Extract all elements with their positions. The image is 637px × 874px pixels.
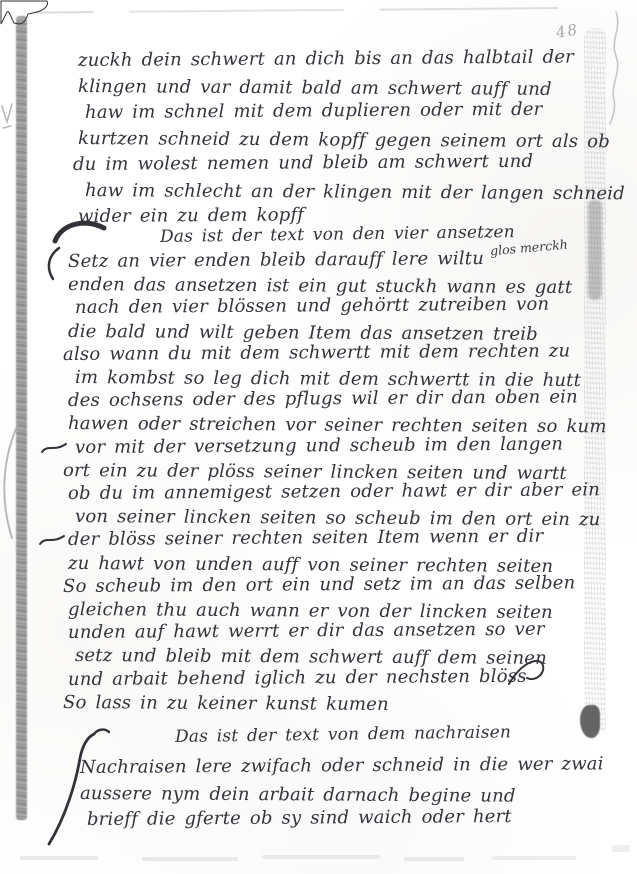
section-heading-text: Das ist der text von den vier ansetzen <box>160 222 515 247</box>
manuscript-line: zuckh dein schwert an dich bis an das ha… <box>78 44 625 74</box>
ansetzen-heading: Das ist der text von den vier ansetzengl… <box>160 227 515 247</box>
manuscript-line: Nachraisen lere zwifach oder schneid in … <box>80 751 604 781</box>
manuscript-line: des ochsens oder des pflugs wil er dir d… <box>68 385 607 412</box>
manuscript-line: brieff die gferte ob sy sind waich oder … <box>87 803 604 833</box>
manuscript-line: So scheub im den ort ein und setz im an … <box>63 571 607 598</box>
manuscript-line: ob du im annemigest setzen oder hawt er … <box>68 478 607 505</box>
manuscript-line: nach den vier blössen und gehörtt zutrei… <box>75 293 607 320</box>
manuscript-line: unden auf hawt werrt er dir das ansetzen… <box>68 617 607 644</box>
manuscript-line: der blöss seiner rechten seiten Item wen… <box>68 525 607 552</box>
manuscript-line: So lass in zu keiner kunst kumen <box>63 691 607 718</box>
bottom-edge-smudge <box>262 855 380 859</box>
bottom-edge-smudge <box>404 857 464 861</box>
bottom-edge-smudge <box>20 856 98 860</box>
manuscript-line: also wann du mit dem schwertt mit dem re… <box>63 339 607 366</box>
section-heading-text: Das ist der text von dem nachraisen <box>175 722 511 747</box>
text-column: zuckh dein schwert an dich bis an das ha… <box>0 0 637 874</box>
bottom-edge-smudge <box>142 857 238 861</box>
ansetzen-gloss: Setz an vier enden bleib darauff lere wi… <box>68 250 607 714</box>
manuscript-scan-page: 48 zuckh dein schwert an dich bis an das… <box>0 0 637 874</box>
bottom-edge-smudge <box>612 845 630 852</box>
manuscript-line: du im wolest nemen und bleib am schwert … <box>73 148 625 178</box>
manuscript-line: vor mit der versetzung und scheub im den… <box>75 432 607 459</box>
zucken-gloss: zuckh dein schwert an dich bis an das ha… <box>78 48 625 230</box>
nachraisen-verse: Nachraisen lere zwifach oder schneid in … <box>80 755 604 833</box>
manuscript-line: Setz an vier enden bleib darauff lere wi… <box>68 246 607 273</box>
manuscript-line: haw im schnel mit dem duplieren oder mit… <box>85 96 625 126</box>
manuscript-line: und arbait behend iglich zu der nechsten… <box>68 664 607 691</box>
bottom-edge-smudge <box>492 856 576 860</box>
nachraisen-heading: Das ist der text von dem nachraisen <box>175 727 511 747</box>
